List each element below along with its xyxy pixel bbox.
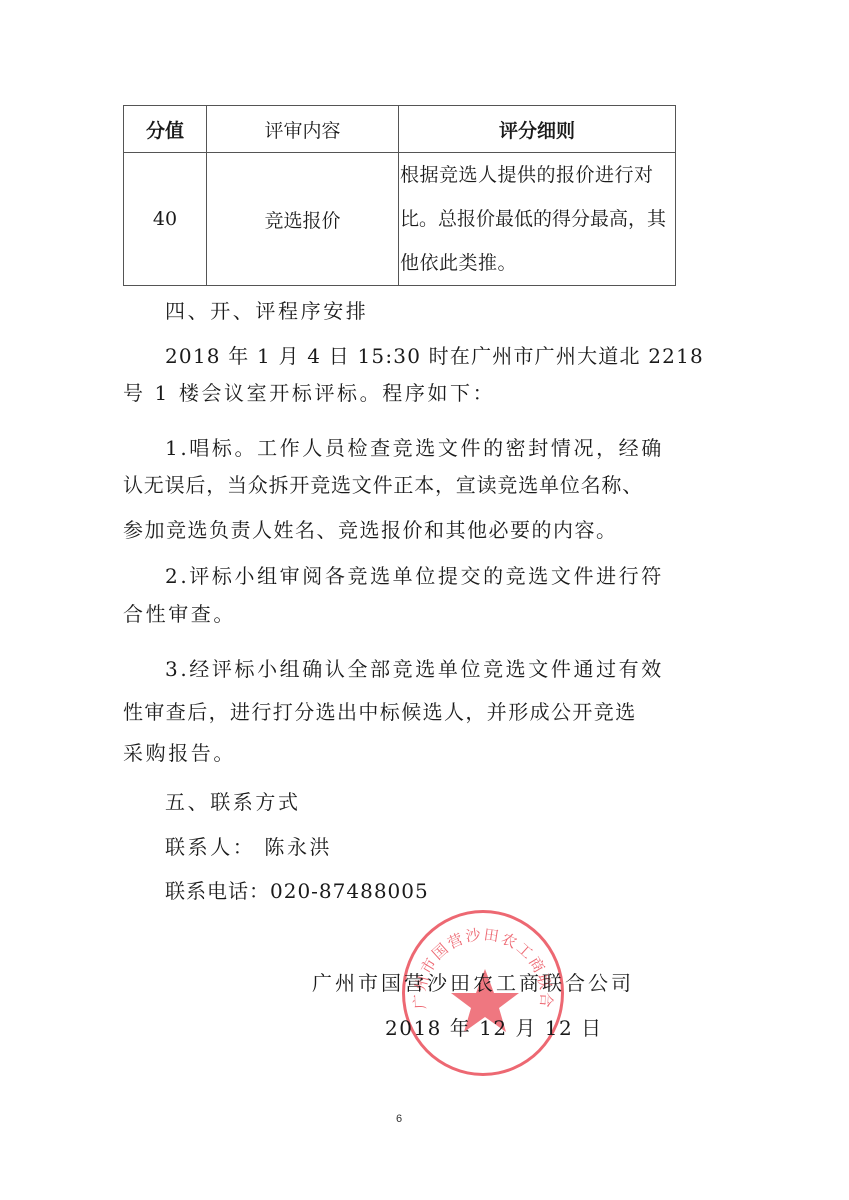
section-heading-procedure: 四、开、评程序安排 <box>165 298 721 324</box>
paragraph-line: 性审查后，进行打分选出中标候选人，并形成公开竞选 <box>123 699 679 725</box>
table-row: 40 竞选报价 根据竞选人提供的报价进行对 比。总报价最低的得分最高，其 他依此… <box>124 153 676 286</box>
cell-detail: 根据竞选人提供的报价进行对 比。总报价最低的得分最高，其 他依此类推。 <box>399 153 676 286</box>
paragraph-line: 采购报告。 <box>123 740 679 766</box>
company-signature: 广州市国营沙田农工商联合公司 <box>312 967 634 996</box>
paragraph-line: 3.经评标小组确认全部竞选单位竞选文件通过有效 <box>165 656 721 682</box>
header-scoring-rules: 评分细则 <box>399 106 676 153</box>
paragraph-line: 1.唱标。工作人员检查竞选文件的密封情况，经确 <box>165 435 721 461</box>
cell-item: 竞选报价 <box>207 153 399 286</box>
contact-phone: 联系电话：020-87488005 <box>165 878 721 904</box>
header-review-content: 评审内容 <box>207 106 399 153</box>
signature-date: 2018 年 12 月 12 日 <box>385 1012 603 1041</box>
paragraph-line: 2018 年 1 月 4 日 15:30 时在广州市广州大道北 2218 <box>165 343 721 369</box>
detail-line: 根据竞选人提供的报价进行对 <box>400 153 675 197</box>
contact-person: 联系人： 陈永洪 <box>165 834 721 860</box>
header-score: 分值 <box>124 106 207 153</box>
detail-line: 比。总报价最低的得分最高，其 <box>400 197 675 241</box>
page-number: 6 <box>396 1113 402 1125</box>
table-header-row: 分值 评审内容 评分细则 <box>124 106 676 153</box>
paragraph-line: 号 1 楼会议室开标评标。程序如下： <box>123 380 679 406</box>
document-page: 分值 评审内容 评分细则 40 竞选报价 根据竞选人提供的报价进行对 比。总报价… <box>0 0 849 1200</box>
scoring-table: 分值 评审内容 评分细则 40 竞选报价 根据竞选人提供的报价进行对 比。总报价… <box>123 105 676 286</box>
section-heading-contact: 五、联系方式 <box>165 789 721 815</box>
paragraph-line: 参加竞选负责人姓名、竞选报价和其他必要的内容。 <box>123 517 679 543</box>
paragraph-line: 合性审查。 <box>123 601 679 627</box>
detail-line: 他依此类推。 <box>400 241 675 285</box>
paragraph-line: 2.评标小组审阅各竞选单位提交的竞选文件进行符 <box>165 563 721 589</box>
paragraph-line: 认无误后，当众拆开竞选文件正本，宣读竞选单位名称、 <box>123 472 679 498</box>
cell-score: 40 <box>124 153 207 286</box>
